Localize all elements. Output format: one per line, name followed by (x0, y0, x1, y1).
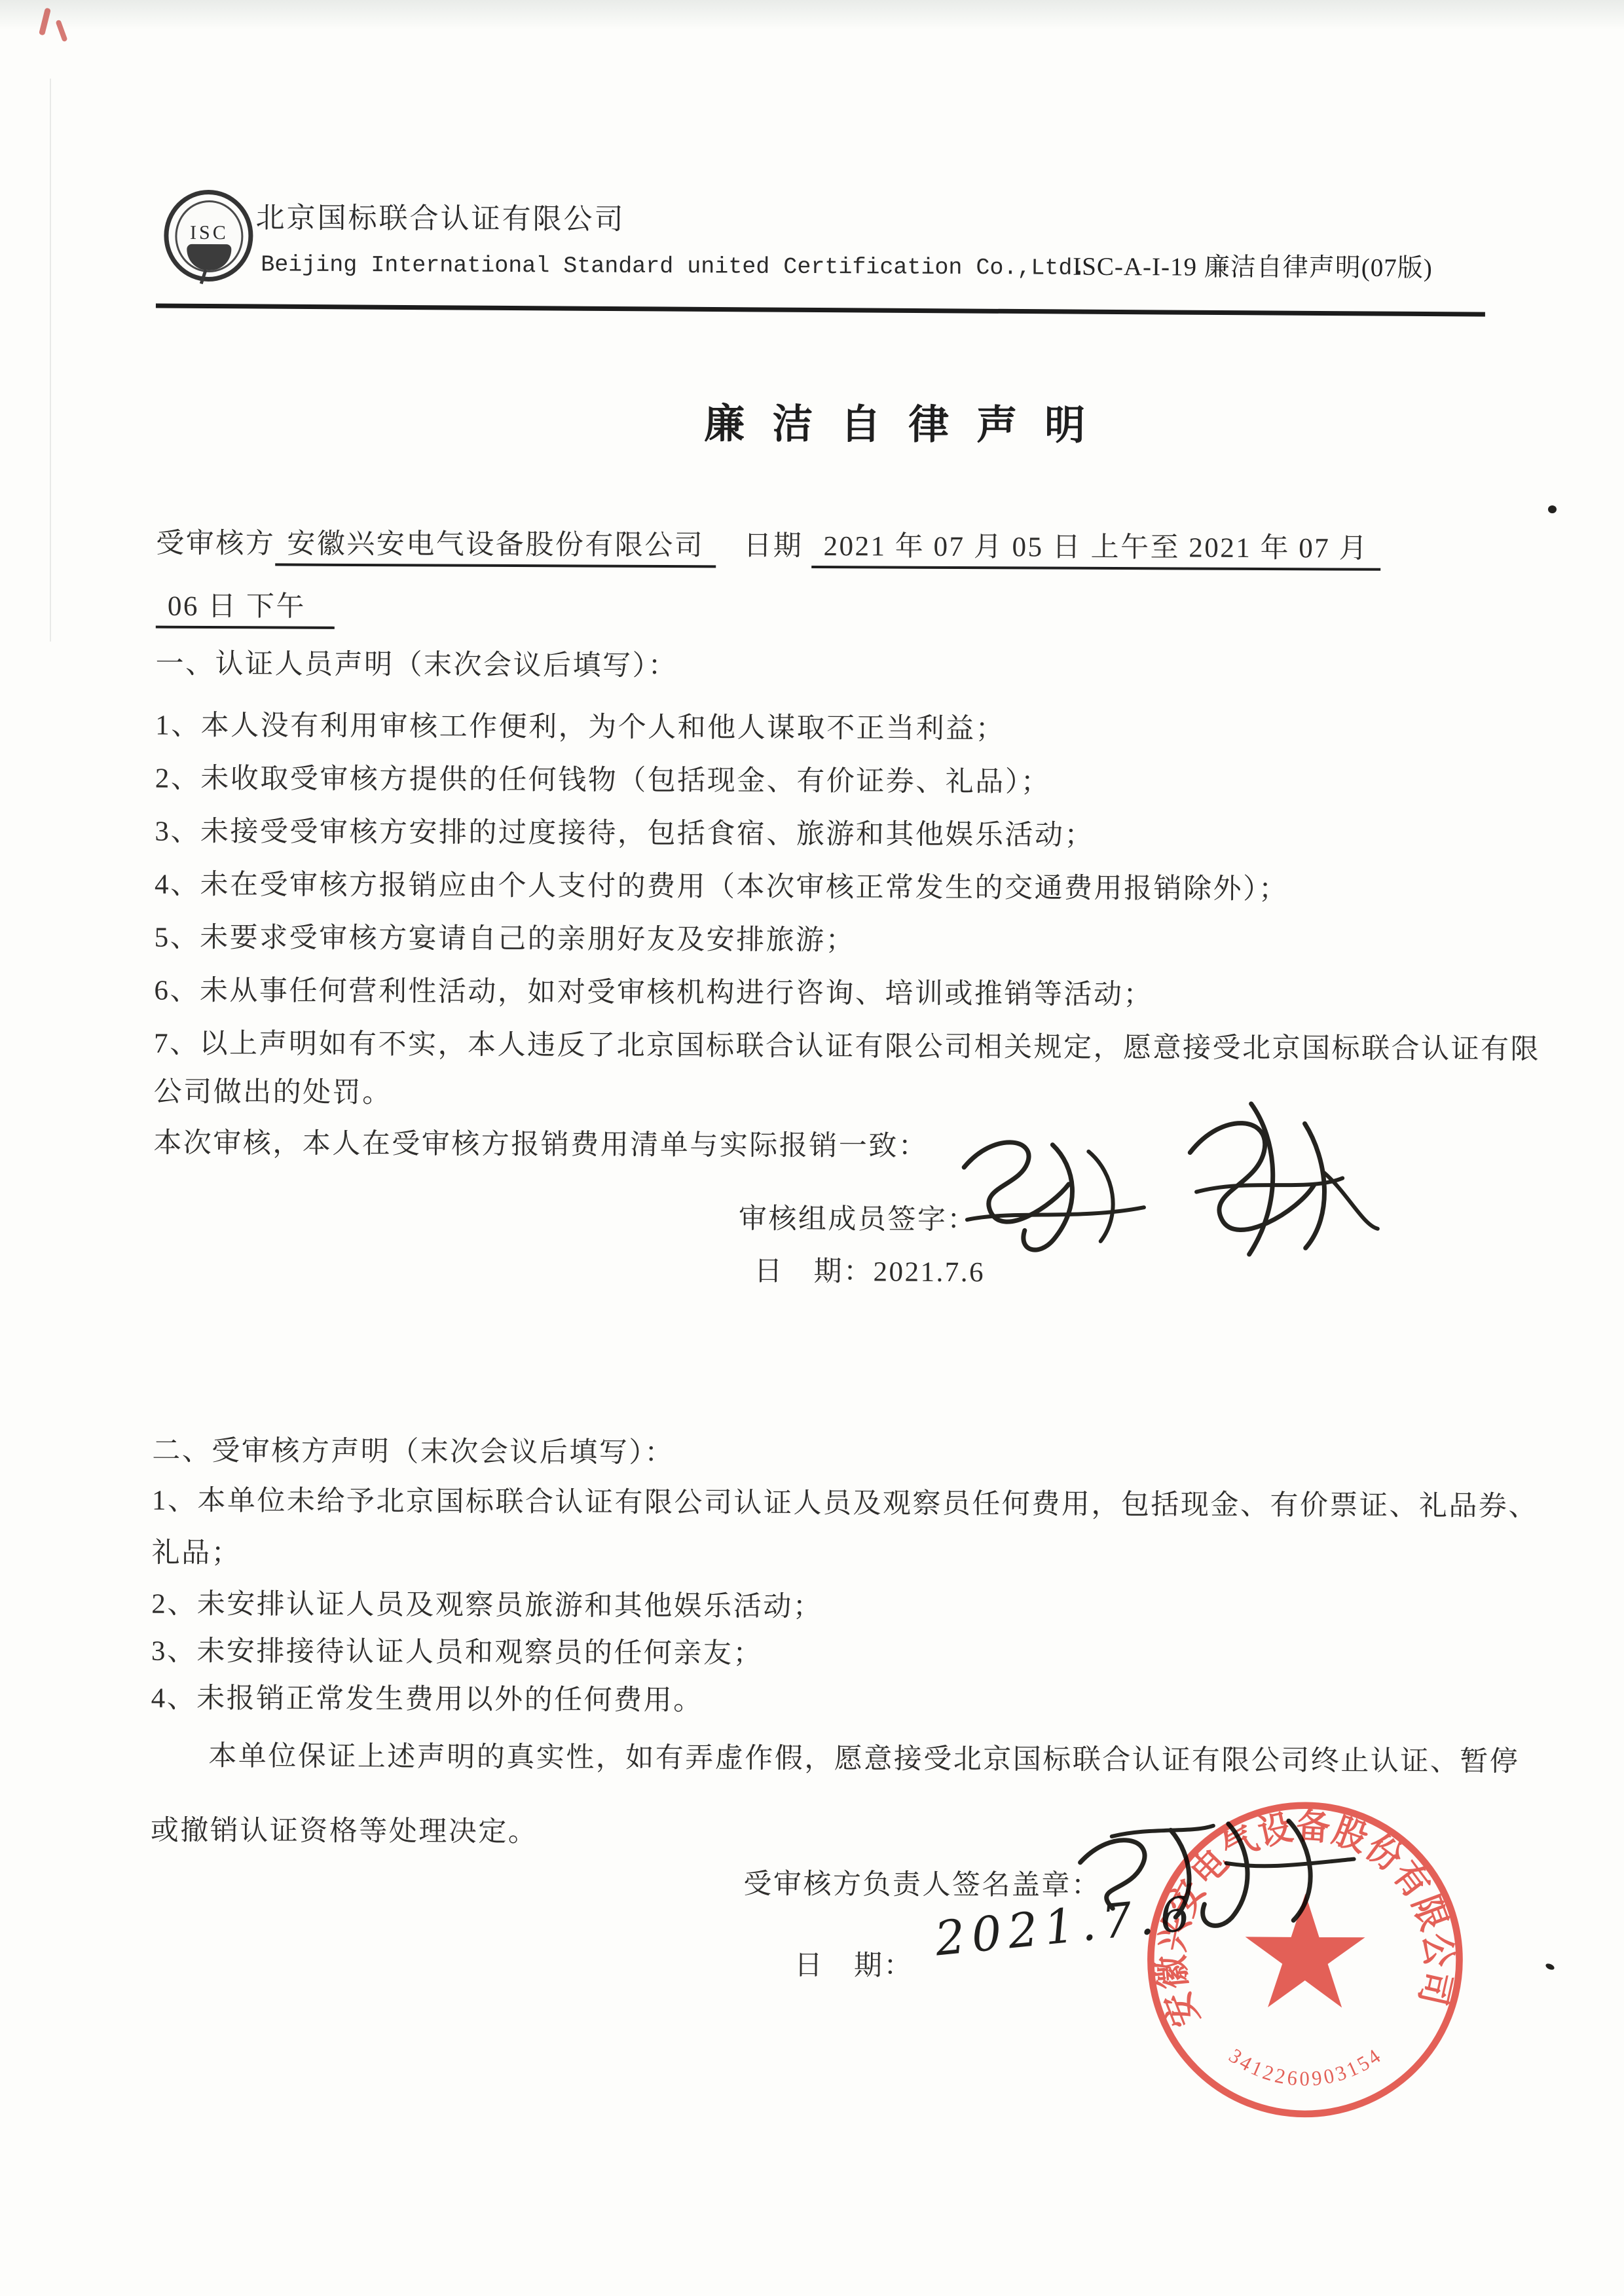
auditee-date-row: 受审核方安徽兴安电气设备股份有限公司日期 2021 年 07 月 05 日 上午… (156, 521, 1380, 566)
section2-closing-line1: 本单位保证上述声明的真实性，如有弄虚作假，愿意接受北京国标联合认证有限公司终止认… (208, 1734, 1519, 1779)
auditor-sign-label: 审核组成员签字： (739, 1197, 977, 1238)
section2-closing-line2: 或撤销认证资格等处理决定。 (151, 1808, 538, 1850)
company-name-cn: 北京国标联合认证有限公司 (255, 194, 625, 237)
document-code: ISC-A-I-19 廉洁自律声明(07版) (1073, 246, 1433, 284)
section1-item-5: 5、未要求受审核方宴请自己的亲朋好友及安排旅游； (155, 915, 856, 958)
logo-dark-emblem (187, 244, 231, 270)
header-divider (156, 304, 1485, 317)
section1-item-4: 4、未在受审核方报销应由个人支付的费用（本次审核正常发生的交通费用报销除外）； (155, 862, 1289, 907)
auditor-date-row: 日 期：2021.7.6 (754, 1249, 985, 1290)
section1-item-1: 1、本人没有利用审核工作便利，为个人和他人谋取不正当利益； (155, 703, 1005, 747)
section2-item-1-line1: 1、本单位未给予北京国标联合认证有限公司认证人员及观察员任何费用，包括现金、有价… (152, 1478, 1538, 1524)
logo-isc-text: ISC (177, 222, 241, 244)
section1-item-7-line1: 7、以上声明如有不实，本人违反了北京国标联合认证有限公司相关规定，愿意接受北京国… (154, 1021, 1540, 1067)
section2-item-3: 3、未安排接待认证人员和观察员的任何亲友； (151, 1629, 763, 1671)
section2-item-1-line2: 礼品； (152, 1531, 242, 1571)
isc-logo: ISC · · · (164, 190, 253, 282)
section1-item-2: 2、未收取受审核方提供的任何钱物（包括现金、有价证券、礼品）； (155, 756, 1051, 800)
date-value-line1: 2021 年 07 月 05 日 上午至 2021 年 07 月 (811, 531, 1380, 571)
date-value-line2: 06 日 下午 (156, 591, 335, 629)
stamp-number: 3412260903154 (1225, 2043, 1387, 2091)
company-name-en: Beijing International Standard united Ce… (261, 251, 1086, 281)
section2-item-2: 2、未安排认证人员及观察员旅游和其他娱乐活动； (151, 1582, 822, 1624)
document-sheet: ISC · · · 北京国标联合认证有限公司 Beijing Internati… (0, 0, 1624, 2296)
auditor-date-label: 日 期： (754, 1256, 873, 1288)
section2-item-4: 4、未报销正常发生费用以外的任何费用。 (151, 1676, 703, 1719)
svg-text:3412260903154: 3412260903154 (1225, 2043, 1387, 2091)
date-label: 日期 (743, 531, 803, 562)
company-stamp: 安徽兴安电气设备股份有限公司 3412260903154 (1141, 1795, 1469, 2124)
date-row-2: 06 日 下午 (156, 584, 335, 625)
auditee-sign-label: 受审核方负责人签名盖章： (743, 1862, 1101, 1903)
auditor-date-value: 2021.7.6 (873, 1256, 985, 1288)
auditee-date-label: 日 期： (794, 1943, 913, 1984)
section1-heading: 一、认证人员声明（末次会议后填写）： (155, 642, 678, 683)
auditor-signature-1 (948, 1121, 1164, 1269)
section1-item-7-line2: 公司做出的处罚。 (154, 1070, 392, 1111)
logo-inner-circle: ISC · · · (175, 200, 243, 272)
section1-item-6: 6、未从事任何营利性活动，如对受审核机构进行咨询、培训或推销等活动； (154, 968, 1153, 1013)
section1-closing: 本次审核，本人在受审核方报销费用清单与实际报销一致： (153, 1121, 928, 1164)
auditee-value: 安徽兴安电气设备股份有限公司 (275, 528, 716, 568)
page-title: 廉洁自律声明 (0, 388, 1622, 454)
auditee-label: 受审核方 (156, 528, 275, 560)
section2-heading: 二、受审核方声明（末次会议后填写）： (152, 1429, 674, 1470)
stamp-star (1245, 1893, 1365, 2008)
auditor-signature-2 (1166, 1093, 1386, 1277)
section1-item-3: 3、未接受受审核方安排的过度接待，包括食宿、旅游和其他娱乐活动； (155, 809, 1094, 853)
